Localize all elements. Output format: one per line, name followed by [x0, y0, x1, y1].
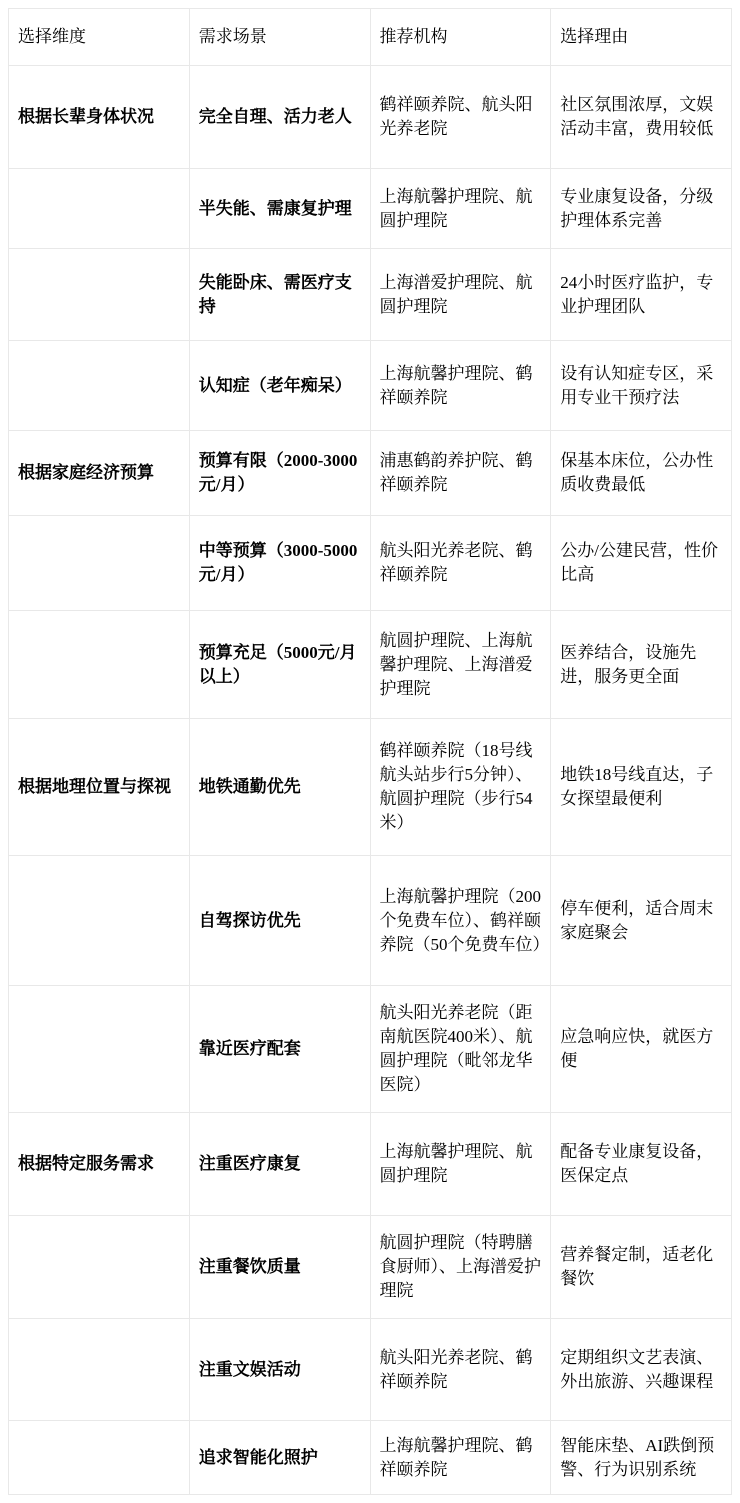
table-row: 追求智能化照护 上海航馨护理院、鹤祥颐养院 智能床垫、AI跌倒预警、行为识别系统	[9, 1421, 732, 1495]
institutions-cell: 航圆护理院、上海航馨护理院、上海潽爱护理院	[370, 611, 551, 719]
dimension-cell	[9, 1319, 190, 1421]
selection-guide-table: 选择维度 需求场景 推荐机构 选择理由 根据长辈身体状况 完全自理、活力老人 鹤…	[8, 8, 732, 1495]
dimension-cell	[9, 341, 190, 431]
header-cell-reason: 选择理由	[551, 9, 732, 66]
institutions-cell: 鹤祥颐养院、航头阳光养老院	[370, 66, 551, 169]
scenario-cell: 自驾探访优先	[189, 856, 370, 986]
table-row: 靠近医疗配套 航头阳光养老院（距南航医院400米）、航圆护理院（毗邻龙华医院） …	[9, 986, 732, 1113]
institutions-cell: 上海航馨护理院、航圆护理院	[370, 169, 551, 249]
reason-cell: 设有认知症专区，采用专业干预疗法	[551, 341, 732, 431]
scenario-cell: 注重医疗康复	[189, 1113, 370, 1216]
reason-cell: 24小时医疗监护，专业护理团队	[551, 249, 732, 341]
reason-cell: 配备专业康复设备，医保定点	[551, 1113, 732, 1216]
institutions-cell: 航头阳光养老院、鹤祥颐养院	[370, 1319, 551, 1421]
dimension-cell	[9, 1216, 190, 1319]
scenario-cell: 追求智能化照护	[189, 1421, 370, 1495]
institutions-cell: 上海航馨护理院（200个免费车位）、鹤祥颐养院（50个免费车位）	[370, 856, 551, 986]
document-page: 选择维度 需求场景 推荐机构 选择理由 根据长辈身体状况 完全自理、活力老人 鹤…	[0, 0, 740, 1503]
dimension-cell: 根据长辈身体状况	[9, 66, 190, 169]
scenario-cell: 完全自理、活力老人	[189, 66, 370, 169]
scenario-cell: 预算有限（2000-3000元/月）	[189, 431, 370, 516]
table-row: 自驾探访优先 上海航馨护理院（200个免费车位）、鹤祥颐养院（50个免费车位） …	[9, 856, 732, 986]
institutions-cell: 浦惠鹤韵养护院、鹤祥颐养院	[370, 431, 551, 516]
reason-cell: 地铁18号线直达，子女探望最便利	[551, 719, 732, 856]
table-row: 根据地理位置与探视 地铁通勤优先 鹤祥颐养院（18号线航头站步行5分钟）、航圆护…	[9, 719, 732, 856]
table-row: 认知症（老年痴呆） 上海航馨护理院、鹤祥颐养院 设有认知症专区，采用专业干预疗法	[9, 341, 732, 431]
institutions-cell: 航头阳光养老院、鹤祥颐养院	[370, 516, 551, 611]
reason-cell: 专业康复设备，分级护理体系完善	[551, 169, 732, 249]
dimension-cell: 根据家庭经济预算	[9, 431, 190, 516]
table-row: 根据特定服务需求 注重医疗康复 上海航馨护理院、航圆护理院 配备专业康复设备，医…	[9, 1113, 732, 1216]
institutions-cell: 上海航馨护理院、航圆护理院	[370, 1113, 551, 1216]
header-cell-dimension: 选择维度	[9, 9, 190, 66]
table-row: 根据家庭经济预算 预算有限（2000-3000元/月） 浦惠鹤韵养护院、鹤祥颐养…	[9, 431, 732, 516]
table-row: 失能卧床、需医疗支持 上海潽爱护理院、航圆护理院 24小时医疗监护，专业护理团队	[9, 249, 732, 341]
reason-cell: 应急响应快，就医方便	[551, 986, 732, 1113]
reason-cell: 智能床垫、AI跌倒预警、行为识别系统	[551, 1421, 732, 1495]
scenario-cell: 认知症（老年痴呆）	[189, 341, 370, 431]
table-row: 注重文娱活动 航头阳光养老院、鹤祥颐养院 定期组织文艺表演、外出旅游、兴趣课程	[9, 1319, 732, 1421]
table-header: 选择维度 需求场景 推荐机构 选择理由	[9, 9, 732, 66]
reason-cell: 医养结合，设施先进，服务更全面	[551, 611, 732, 719]
scenario-cell: 靠近医疗配套	[189, 986, 370, 1113]
table-row: 注重餐饮质量 航圆护理院（特聘膳食厨师）、上海潽爱护理院 营养餐定制，适老化餐饮	[9, 1216, 732, 1319]
institutions-cell: 鹤祥颐养院（18号线航头站步行5分钟）、航圆护理院（步行54米）	[370, 719, 551, 856]
reason-cell: 社区氛围浓厚，文娱活动丰富，费用较低	[551, 66, 732, 169]
header-cell-scenario: 需求场景	[189, 9, 370, 66]
dimension-cell: 根据地理位置与探视	[9, 719, 190, 856]
table-row: 中等预算（3000-5000元/月） 航头阳光养老院、鹤祥颐养院 公办/公建民营…	[9, 516, 732, 611]
institutions-cell: 上海航馨护理院、鹤祥颐养院	[370, 341, 551, 431]
reason-cell: 公办/公建民营，性价比高	[551, 516, 732, 611]
table-body: 根据长辈身体状况 完全自理、活力老人 鹤祥颐养院、航头阳光养老院 社区氛围浓厚，…	[9, 66, 732, 1495]
institutions-cell: 航圆护理院（特聘膳食厨师）、上海潽爱护理院	[370, 1216, 551, 1319]
dimension-cell	[9, 986, 190, 1113]
dimension-cell	[9, 169, 190, 249]
scenario-cell: 注重文娱活动	[189, 1319, 370, 1421]
dimension-cell	[9, 249, 190, 341]
dimension-cell	[9, 611, 190, 719]
institutions-cell: 航头阳光养老院（距南航医院400米）、航圆护理院（毗邻龙华医院）	[370, 986, 551, 1113]
scenario-cell: 预算充足（5000元/月以上）	[189, 611, 370, 719]
dimension-cell	[9, 856, 190, 986]
table-row: 根据长辈身体状况 完全自理、活力老人 鹤祥颐养院、航头阳光养老院 社区氛围浓厚，…	[9, 66, 732, 169]
header-cell-institutions: 推荐机构	[370, 9, 551, 66]
scenario-cell: 失能卧床、需医疗支持	[189, 249, 370, 341]
dimension-cell	[9, 516, 190, 611]
reason-cell: 定期组织文艺表演、外出旅游、兴趣课程	[551, 1319, 732, 1421]
dimension-cell	[9, 1421, 190, 1495]
institutions-cell: 上海潽爱护理院、航圆护理院	[370, 249, 551, 341]
header-row: 选择维度 需求场景 推荐机构 选择理由	[9, 9, 732, 66]
table-row: 预算充足（5000元/月以上） 航圆护理院、上海航馨护理院、上海潽爱护理院 医养…	[9, 611, 732, 719]
scenario-cell: 地铁通勤优先	[189, 719, 370, 856]
dimension-cell: 根据特定服务需求	[9, 1113, 190, 1216]
scenario-cell: 中等预算（3000-5000元/月）	[189, 516, 370, 611]
reason-cell: 停车便利，适合周末家庭聚会	[551, 856, 732, 986]
table-row: 半失能、需康复护理 上海航馨护理院、航圆护理院 专业康复设备，分级护理体系完善	[9, 169, 732, 249]
scenario-cell: 注重餐饮质量	[189, 1216, 370, 1319]
reason-cell: 营养餐定制，适老化餐饮	[551, 1216, 732, 1319]
reason-cell: 保基本床位，公办性质收费最低	[551, 431, 732, 516]
scenario-cell: 半失能、需康复护理	[189, 169, 370, 249]
institutions-cell: 上海航馨护理院、鹤祥颐养院	[370, 1421, 551, 1495]
